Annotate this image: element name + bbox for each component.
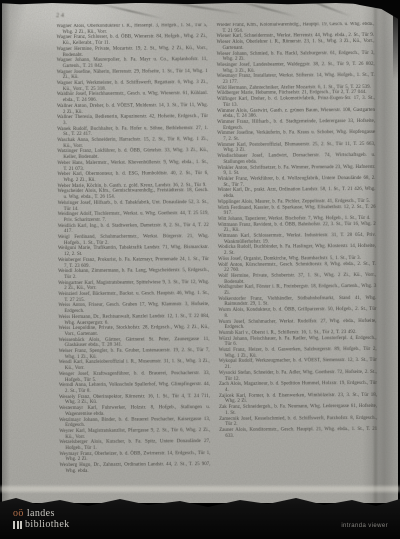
directory-entry: Wexberg Hugo, Dr., Zahnarzt, Ordination … — [59, 462, 210, 474]
directory-entry: Zauner Alois, Konditormstr., Gesch. Haup… — [219, 427, 377, 440]
viewer-watermark: intranda viewer — [341, 523, 388, 529]
logo-word-landes: landes — [27, 508, 55, 519]
viewer-canvas: 24 Wagner Alois, Oberkondukteur i. R., H… — [0, 0, 400, 539]
scan-left-shadow — [2, 0, 10, 539]
scanned-page: 24 Wagner Alois, Oberkondukteur i. R., H… — [2, 3, 398, 503]
page-number: 24 — [56, 12, 66, 19]
paper-crease — [95, 2, 166, 20]
logo-word-bibliothek: bibliothek — [25, 520, 70, 531]
logo-line-2: bibliothek — [13, 520, 70, 531]
text-column-left: Wagner Alois, Oberkondukteur i. R., Hess… — [56, 23, 210, 484]
logo-prefix: oö — [13, 508, 24, 519]
text-column-right: Wieder Franz, Kfm., Kolonialwarenhdlg., … — [216, 22, 377, 483]
directory-text-block: Wagner Alois, Oberkondukteur i. R., Hess… — [56, 22, 377, 484]
library-logo[interactable]: oölandes bibliothek — [13, 509, 70, 530]
page-bottom-edge-highlight — [0, 486, 400, 492]
viewer-footer-bar: oölandes bibliothek intranda viewer — [0, 505, 400, 539]
logo-line-1: oölandes — [13, 509, 70, 520]
scan-right-border — [393, 0, 400, 80]
logo-bars-icon — [13, 521, 22, 529]
